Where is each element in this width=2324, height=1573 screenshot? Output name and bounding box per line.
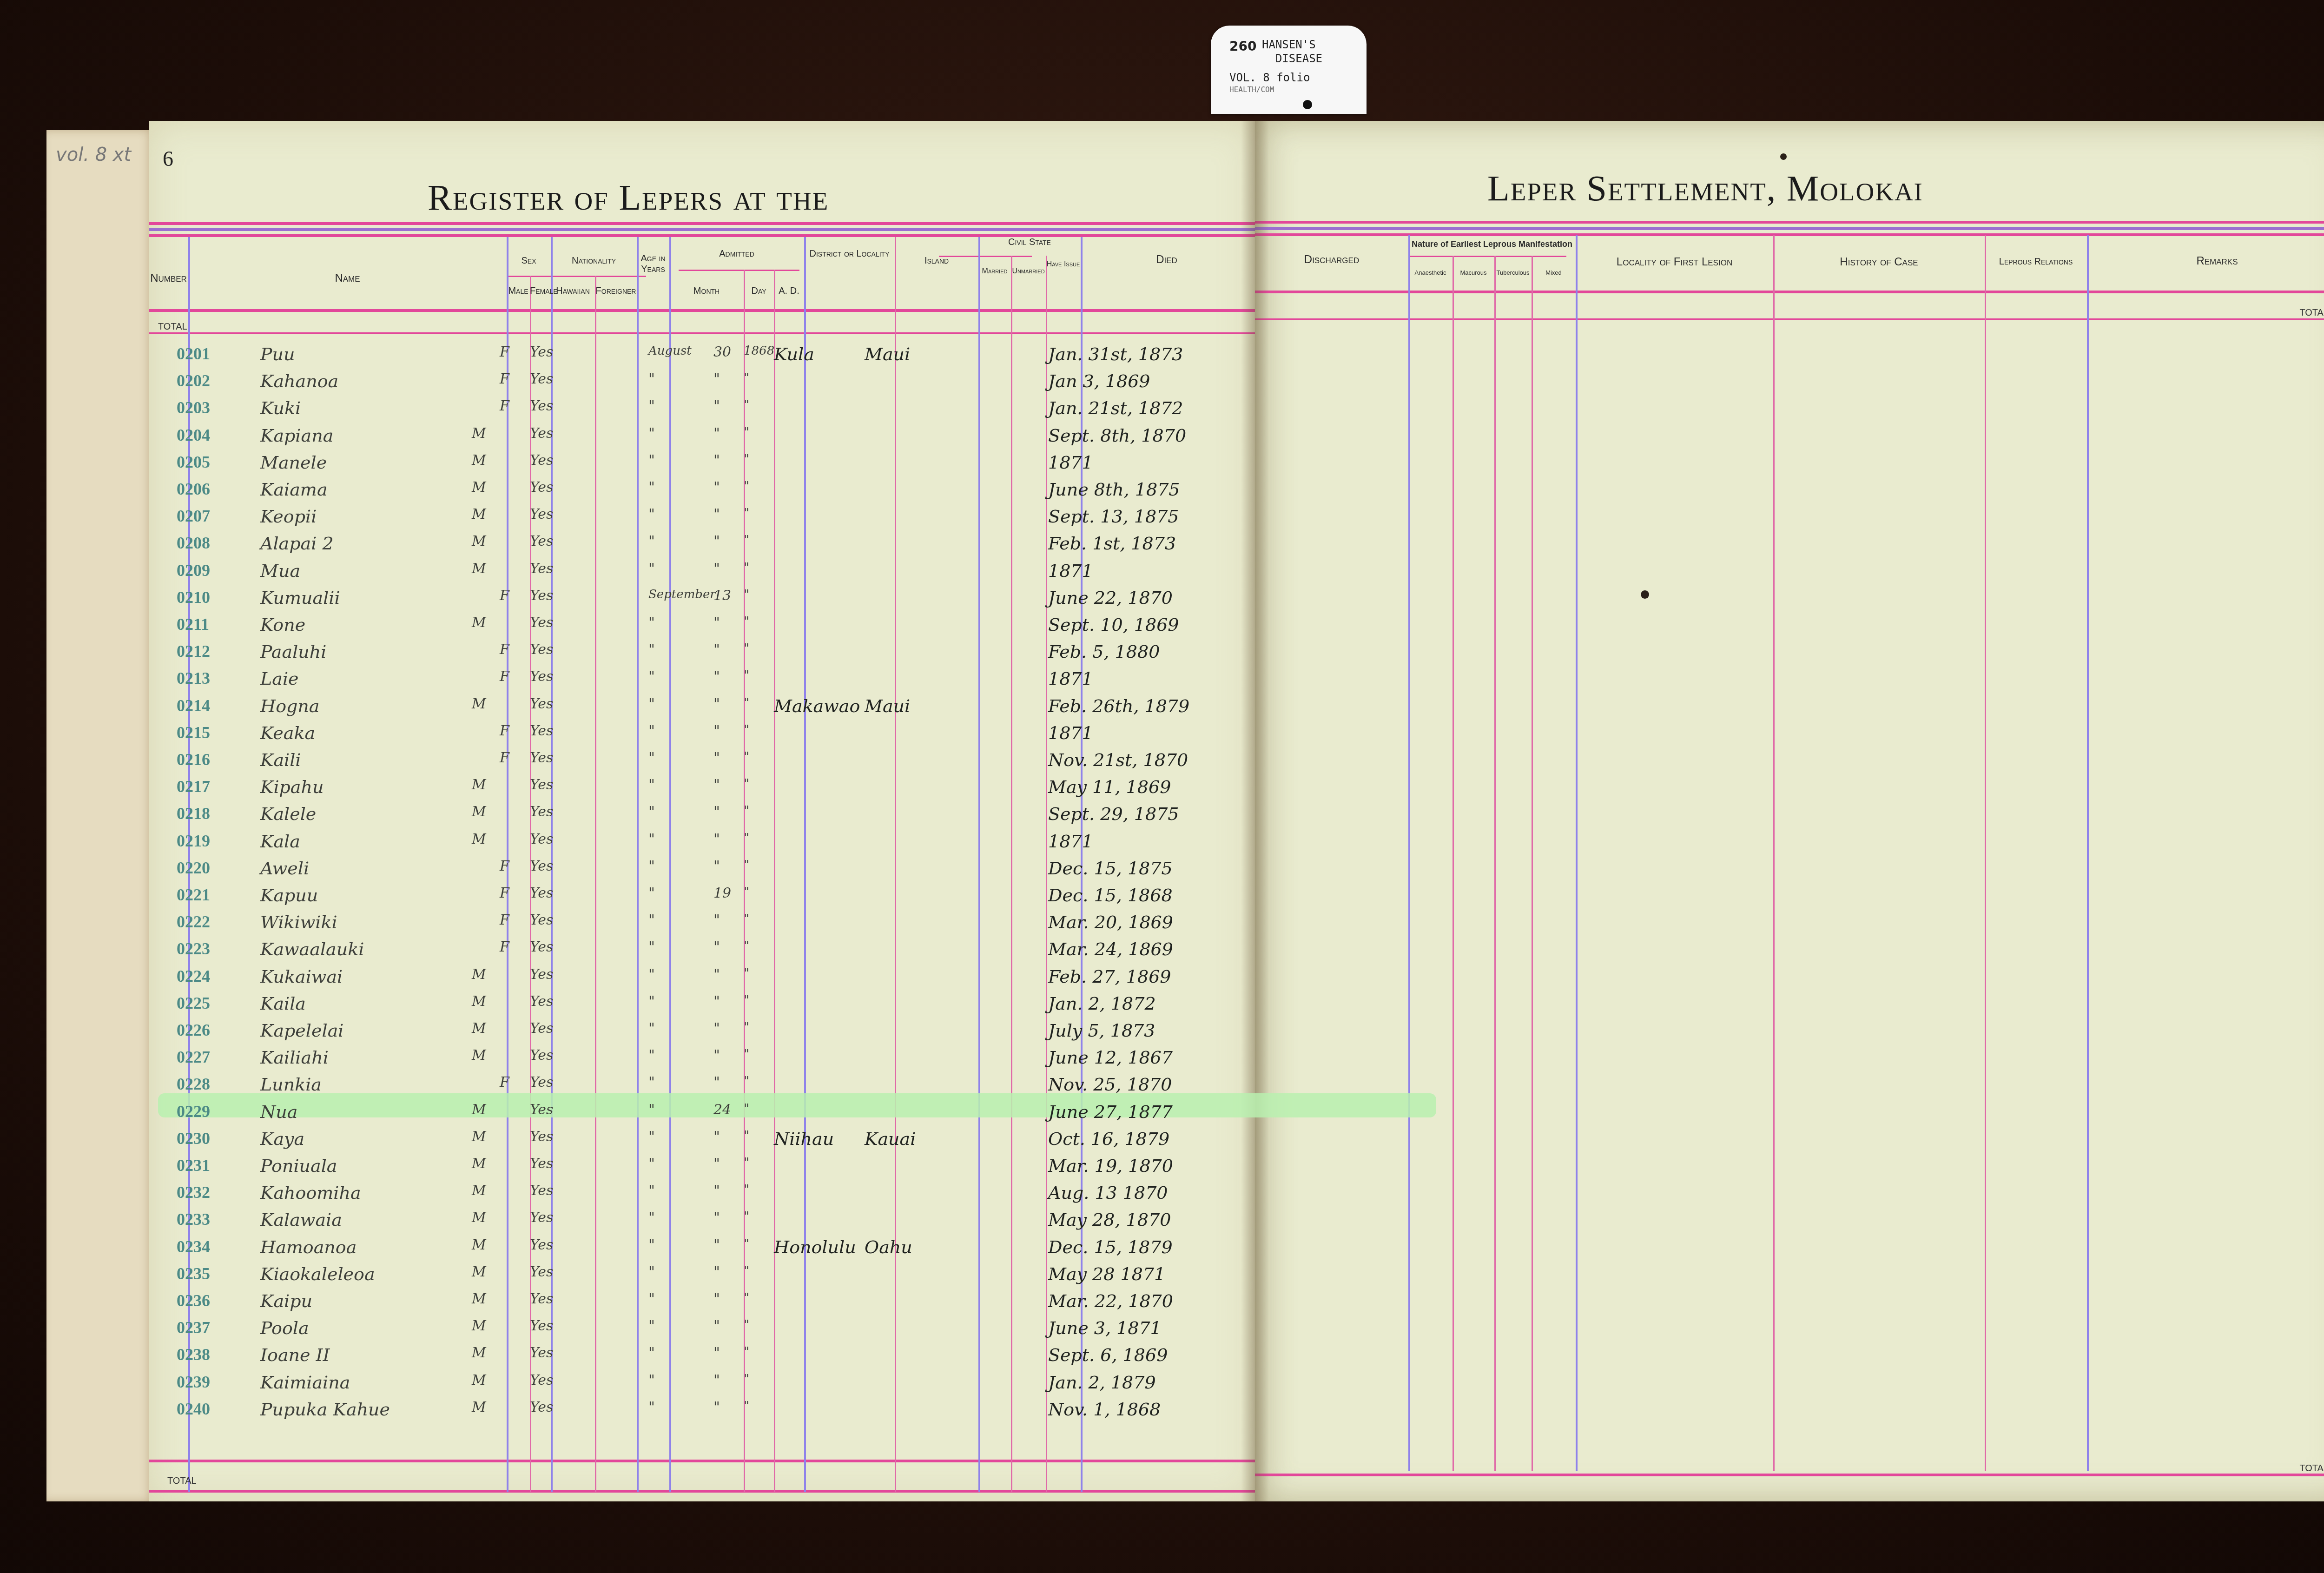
row-died: Mar. 20, 1869: [1048, 912, 1173, 932]
row-hawaiian: Yes: [530, 1264, 553, 1280]
row-sex-mark: F: [500, 912, 509, 928]
row-admitted-year: ": [744, 993, 749, 1007]
row-died: Sept. 10, 1869: [1048, 615, 1179, 635]
header-bottom-rule: [1255, 291, 2324, 293]
row-admitted-year: ": [744, 1264, 749, 1278]
row-name: Hogna: [260, 696, 319, 716]
tag-title: HANSEN'S DISEASE: [1262, 38, 1322, 66]
row-admitted-month: ": [648, 1020, 655, 1037]
row-hawaiian: Yes: [530, 615, 553, 631]
row-admitted-month: ": [648, 1372, 655, 1388]
row-admitted-month: September: [648, 588, 716, 601]
row-admitted-month: ": [648, 425, 655, 442]
bottom-rule: [1255, 1474, 2324, 1476]
header-unmarried: Unmarried: [1011, 267, 1046, 276]
header-died: Died: [1081, 253, 1253, 266]
row-hawaiian: Yes: [530, 588, 553, 604]
tag-title-line1: HANSEN'S: [1262, 38, 1316, 51]
row-admitted-month: ": [648, 912, 655, 928]
row-admitted-month: ": [648, 506, 655, 522]
row-name: Kapuu: [260, 885, 318, 905]
row-admitted-month: ": [648, 1102, 655, 1118]
row-died: Sept. 8th, 1870: [1048, 425, 1186, 446]
col-line: [1408, 235, 1410, 1471]
row-admitted-day: 13: [713, 588, 731, 604]
row-hawaiian: Yes: [530, 885, 553, 901]
header-foreigner: Foreigner: [595, 286, 637, 297]
row-died: Sept. 29, 1875: [1048, 804, 1179, 824]
row-died: June 27, 1877: [1048, 1102, 1173, 1122]
row-admitted-month: ": [648, 1209, 655, 1226]
register-book: vol. 8 xt 6 Register of Lepers at the: [46, 121, 2324, 1511]
row-admitted-month: ": [648, 398, 655, 414]
row-hawaiian: Yes: [530, 398, 553, 414]
header-hawaiian: Hawaiian: [551, 286, 595, 297]
row-name: Kaila: [260, 993, 306, 1014]
row-hawaiian: Yes: [530, 939, 553, 955]
row-admitted-month: ": [648, 1318, 655, 1334]
row-number: 0206: [177, 479, 210, 499]
row-died: June 22, 1870: [1048, 588, 1173, 608]
row-sex-mark: M: [472, 1264, 486, 1280]
row-admitted-day: 19: [713, 885, 731, 901]
row-hawaiian: Yes: [530, 452, 553, 469]
row-admitted-day: ": [713, 723, 720, 739]
admitted-subrule: [679, 270, 799, 271]
row-hawaiian: Yes: [530, 777, 553, 793]
row-admitted-year: ": [744, 1209, 749, 1223]
row-hawaiian: Yes: [530, 425, 553, 442]
row-sex-mark: F: [500, 858, 509, 874]
row-died: Feb. 26th, 1879: [1048, 696, 1189, 716]
row-admitted-month: ": [648, 831, 655, 847]
ink-spot: [1641, 590, 1649, 599]
row-sex-mark: M: [472, 1345, 486, 1361]
row-admitted-day: ": [713, 1129, 720, 1145]
row-number: 0228: [177, 1074, 210, 1094]
row-number: 0218: [177, 804, 210, 823]
top-rule-violet: [1255, 227, 2324, 230]
row-hawaiian: Yes: [530, 858, 553, 874]
row-admitted-month: ": [648, 723, 655, 739]
row-died: 1871: [1048, 452, 1093, 473]
row-number: 0226: [177, 1020, 210, 1040]
row-admitted-month: ": [648, 371, 655, 387]
total-label-bottom: TOTAL: [2299, 1463, 2324, 1474]
row-died: Dec. 15, 1879: [1048, 1237, 1173, 1257]
row-sex-mark: M: [472, 1372, 486, 1388]
row-number: 0236: [177, 1291, 210, 1310]
row-admitted-year: ": [744, 1156, 749, 1170]
row-number: 0203: [177, 398, 210, 417]
top-rule-pink-2: [1255, 233, 2324, 236]
header-discharged: Discharged: [1255, 253, 1408, 266]
row-number: 0232: [177, 1183, 210, 1202]
row-died: May 11, 1869: [1048, 777, 1171, 797]
row-sex-mark: F: [500, 398, 509, 414]
row-island: Oahu: [865, 1237, 912, 1257]
tag-title-line2: DISEASE: [1275, 52, 1322, 65]
archive-tag: 260 HANSEN'S DISEASE VOL. 8 folio HEALTH…: [1211, 26, 1367, 114]
row-sex-mark: M: [472, 1129, 486, 1145]
header-macurous: Macurous: [1452, 270, 1494, 277]
row-admitted-year: ": [744, 1345, 749, 1359]
tag-punch-hole: [1303, 100, 1312, 109]
row-hawaiian: Yes: [530, 696, 553, 712]
row-admitted-month: ": [648, 533, 655, 549]
row-admitted-day: ": [713, 506, 720, 522]
edge-pencil-label: vol. 8 xt: [56, 144, 131, 165]
row-admitted-year: ": [744, 561, 749, 575]
row-admitted-day: ": [713, 1372, 720, 1388]
row-hawaiian: Yes: [530, 1291, 553, 1307]
row-name: Kaiama: [260, 479, 328, 500]
row-admitted-month: ": [648, 1183, 655, 1199]
row-number: 0210: [177, 588, 210, 607]
row-number: 0238: [177, 1345, 210, 1364]
row-sex-mark: M: [472, 1156, 486, 1172]
header-nationality: Nationality: [551, 256, 637, 266]
row-admitted-month: ": [648, 750, 655, 766]
top-rule-pink-2: [149, 234, 1255, 237]
col-line: [1773, 235, 1775, 1471]
row-hawaiian: Yes: [530, 750, 553, 766]
row-admitted-month: ": [648, 1237, 655, 1253]
row-admitted-day: ": [713, 371, 720, 387]
row-hawaiian: Yes: [530, 344, 553, 360]
row-admitted-day: ": [713, 561, 720, 577]
row-admitted-day: ": [713, 1345, 720, 1361]
header-island: Island: [895, 256, 978, 266]
row-hawaiian: Yes: [530, 1209, 553, 1226]
row-sex-mark: M: [472, 452, 486, 469]
header-month: Month: [669, 286, 744, 297]
bottom-rule: [149, 1460, 1255, 1462]
row-admitted-year: ": [744, 939, 749, 953]
row-number: 0231: [177, 1156, 210, 1175]
header-sex: Sex: [507, 256, 551, 266]
tag-volume: VOL. 8 folio: [1229, 71, 1310, 84]
row-hawaiian: Yes: [530, 912, 553, 928]
row-admitted-year: ": [744, 723, 749, 737]
row-admitted-month: ": [648, 1129, 655, 1145]
row-died: May 28 1871: [1048, 1264, 1165, 1284]
row-hawaiian: Yes: [530, 1129, 553, 1145]
top-rule-pink: [149, 222, 1255, 225]
row-number: 0240: [177, 1399, 210, 1419]
row-name: Kailiahi: [260, 1047, 329, 1068]
row-admitted-day: ": [713, 615, 720, 631]
row-hawaiian: Yes: [530, 1345, 553, 1361]
row-sex-mark: M: [472, 479, 486, 496]
row-name: Kapelelai: [260, 1020, 343, 1041]
row-died: Jan. 21st, 1872: [1048, 398, 1183, 418]
header-name: Name: [188, 272, 507, 285]
row-admitted-day: ": [713, 1183, 720, 1199]
row-number: 0237: [177, 1318, 210, 1337]
book-gutter: [1241, 121, 1269, 1501]
total-label-top: TOTAL: [2299, 308, 2324, 318]
row-admitted-day: ": [713, 398, 720, 414]
row-name: Kalawaia: [260, 1209, 342, 1230]
row-admitted-year: ": [744, 668, 749, 682]
right-page-title: Leper Settlement, Molokai: [1487, 167, 1923, 209]
row-name: Lunkia: [260, 1074, 322, 1095]
row-admitted-month: ": [648, 452, 655, 469]
row-died: Oct. 16, 1879: [1048, 1129, 1169, 1149]
col-line: [595, 276, 596, 1492]
row-name: Keaka: [260, 723, 315, 743]
row-admitted-year: ": [744, 1372, 749, 1386]
row-admitted-day: ": [713, 912, 720, 928]
header-district: District or Locality: [804, 249, 895, 259]
row-admitted-day: ": [713, 1047, 720, 1064]
header-bottom-rule: [149, 309, 1255, 312]
row-name: Kone: [260, 615, 305, 635]
row-admitted-month: ": [648, 804, 655, 820]
col-line: [1011, 256, 1012, 1492]
row-admitted-day: ": [713, 1020, 720, 1037]
row-admitted-day: ": [713, 1156, 720, 1172]
row-admitted-year: ": [744, 588, 749, 601]
row-name: Aweli: [260, 858, 309, 879]
row-admitted-year: ": [744, 804, 749, 818]
row-sex-mark: M: [472, 1183, 486, 1199]
row-hawaiian: Yes: [530, 1318, 553, 1334]
row-admitted-year: ": [744, 398, 749, 412]
row-died: Feb. 1st, 1873: [1048, 533, 1176, 554]
col-line: [1532, 256, 1533, 1471]
row-died: Nov. 1, 1868: [1048, 1399, 1161, 1420]
row-sex-mark: F: [500, 939, 509, 955]
header-female: Female: [530, 286, 551, 297]
row-name: Kaili: [260, 750, 301, 770]
row-died: June 3, 1871: [1048, 1318, 1162, 1338]
row-sex-mark: M: [472, 1237, 486, 1253]
row-hawaiian: Yes: [530, 1372, 553, 1388]
right-page: 6 Leper Settlement, Molokai Discharged N…: [1255, 121, 2324, 1501]
row-sex-mark: F: [500, 371, 509, 387]
row-admitted-month: August: [648, 344, 692, 358]
col-line: [1046, 256, 1047, 1492]
row-hawaiian: Yes: [530, 506, 553, 522]
row-admitted-day: ": [713, 696, 720, 712]
row-sex-mark: M: [472, 1399, 486, 1415]
row-admitted-day: ": [713, 1399, 720, 1415]
row-island: Kauai: [865, 1129, 916, 1149]
row-admitted-day: ": [713, 777, 720, 793]
row-sex-mark: M: [472, 1020, 486, 1037]
row-admitted-month: ": [648, 696, 655, 712]
row-admitted-day: ": [713, 1237, 720, 1253]
row-sex-mark: F: [500, 750, 509, 766]
row-admitted-year: 1868: [744, 344, 774, 358]
total-rule: [149, 332, 1255, 334]
row-admitted-year: ": [744, 1291, 749, 1305]
row-sex-mark: M: [472, 615, 486, 631]
row-number: 0216: [177, 750, 210, 769]
row-admitted-day: ": [713, 750, 720, 766]
row-number: 0223: [177, 939, 210, 958]
row-admitted-year: ": [744, 479, 749, 493]
row-number: 0235: [177, 1264, 210, 1283]
header-nature: Nature of Earliest Leprous Manifestation: [1408, 239, 1576, 249]
row-died: Dec. 15, 1875: [1048, 858, 1173, 879]
row-admitted-year: ": [744, 966, 749, 980]
row-died: 1871: [1048, 831, 1093, 852]
row-admitted-day: 24: [713, 1102, 731, 1118]
row-name: Kipahu: [260, 777, 324, 797]
row-admitted-year: ": [744, 696, 749, 710]
col-line: [1494, 256, 1496, 1471]
row-island: Maui: [865, 344, 910, 364]
ink-spot: [1780, 153, 1787, 160]
row-sex-mark: M: [472, 804, 486, 820]
row-admitted-month: ": [648, 993, 655, 1010]
header-day: Day: [744, 286, 774, 297]
header-number: Number: [149, 272, 188, 285]
header-admitted: Admitted: [669, 249, 804, 259]
row-district: Kula: [774, 344, 814, 364]
row-admitted-year: ": [744, 371, 749, 385]
row-admitted-day: ": [713, 966, 720, 983]
header-have-issue: Have Issue: [1046, 260, 1081, 269]
row-admitted-year: ": [744, 1047, 749, 1061]
row-name: Kiaokaleleoa: [260, 1264, 375, 1284]
row-admitted-year: ": [744, 750, 749, 764]
row-number: 0214: [177, 696, 210, 715]
row-admitted-year: ": [744, 452, 749, 466]
row-number: 0211: [177, 615, 209, 634]
row-died: June 12, 1867: [1048, 1047, 1173, 1068]
row-number: 0204: [177, 425, 210, 445]
row-died: 1871: [1048, 561, 1093, 581]
row-number: 0222: [177, 912, 210, 932]
row-hawaiian: Yes: [530, 804, 553, 820]
row-sex-mark: M: [472, 831, 486, 847]
row-died: Jan 3, 1869: [1048, 371, 1150, 391]
row-number: 0202: [177, 371, 210, 390]
row-number: 0212: [177, 641, 210, 661]
header-ad: A. D.: [774, 286, 804, 297]
row-admitted-day: ": [713, 479, 720, 496]
row-died: Jan. 2, 1879: [1048, 1372, 1156, 1393]
row-admitted-month: ": [648, 858, 655, 874]
header-married: Married: [978, 267, 1011, 276]
row-admitted-month: ": [648, 939, 655, 955]
row-hawaiian: Yes: [530, 1074, 553, 1091]
row-hawaiian: Yes: [530, 479, 553, 496]
row-sex-mark: M: [472, 696, 486, 712]
row-hawaiian: Yes: [530, 831, 553, 847]
row-number: 0233: [177, 1209, 210, 1229]
row-number: 0224: [177, 966, 210, 986]
col-line: [895, 237, 896, 1492]
row-name: Hamoanoa: [260, 1237, 357, 1257]
row-admitted-month: ": [648, 1047, 655, 1064]
row-hawaiian: Yes: [530, 993, 553, 1010]
row-name: Manele: [260, 452, 327, 473]
row-admitted-year: ": [744, 1237, 749, 1251]
row-sex-mark: F: [500, 588, 509, 604]
bottom-rule-2: [149, 1490, 1255, 1493]
col-line: [978, 237, 980, 1492]
row-hawaiian: Yes: [530, 1399, 553, 1415]
row-sex-mark: M: [472, 1291, 486, 1307]
row-number: 0229: [177, 1102, 210, 1121]
row-number: 0217: [177, 777, 210, 796]
row-hawaiian: Yes: [530, 371, 553, 387]
row-name: Kuki: [260, 398, 301, 418]
col-line: [804, 237, 806, 1492]
row-number: 0201: [177, 344, 210, 364]
row-admitted-day: ": [713, 1074, 720, 1091]
row-admitted-year: ": [744, 777, 749, 791]
row-admitted-day: ": [713, 1318, 720, 1334]
row-sex-mark: M: [472, 966, 486, 983]
row-died: Feb. 5, 1880: [1048, 641, 1160, 662]
row-number: 0221: [177, 885, 210, 905]
row-name: Poniuala: [260, 1156, 337, 1176]
row-hawaiian: Yes: [530, 1047, 553, 1064]
row-admitted-day: ": [713, 1291, 720, 1307]
row-admitted-day: ": [713, 939, 720, 955]
row-admitted-year: ": [744, 506, 749, 520]
row-died: Mar. 22, 1870: [1048, 1291, 1173, 1311]
col-line: [2087, 235, 2089, 1471]
row-admitted-day: ": [713, 831, 720, 847]
row-name: Kaimiaina: [260, 1372, 350, 1393]
row-died: Aug. 13 1870: [1048, 1183, 1168, 1203]
row-district: Makawao: [774, 696, 860, 716]
tag-series: HEALTH/COM: [1229, 85, 1274, 94]
row-admitted-month: ": [648, 1074, 655, 1091]
row-admitted-day: ": [713, 804, 720, 820]
row-sex-mark: M: [472, 1047, 486, 1064]
row-died: Jan. 31st, 1873: [1048, 344, 1183, 364]
row-admitted-month: ": [648, 615, 655, 631]
row-hawaiian: Yes: [530, 1102, 553, 1118]
row-name: Keopii: [260, 506, 317, 527]
row-admitted-month: ": [648, 1264, 655, 1280]
row-sex-mark: F: [500, 641, 509, 658]
row-number: 0209: [177, 561, 210, 580]
row-admitted-day: ": [713, 668, 720, 685]
row-name: Paaluhi: [260, 641, 326, 662]
row-district: Honolulu: [774, 1237, 856, 1257]
row-sex-mark: F: [500, 344, 509, 360]
total-label-bottom: TOTAL: [167, 1476, 197, 1487]
row-number: 0219: [177, 831, 210, 851]
row-admitted-day: ": [713, 1264, 720, 1280]
row-died: Jan. 2, 1872: [1048, 993, 1156, 1014]
row-number: 0215: [177, 723, 210, 742]
row-sex-mark: M: [472, 1102, 486, 1118]
row-district: Niihau: [774, 1129, 834, 1149]
row-sex-mark: M: [472, 1209, 486, 1226]
top-rule-pink: [1255, 221, 2324, 224]
header-tuberculous: Tuberculous: [1494, 270, 1532, 277]
row-sex-mark: M: [472, 425, 486, 442]
row-sex-mark: M: [472, 993, 486, 1010]
row-admitted-year: ": [744, 1074, 749, 1088]
row-sex-mark: M: [472, 561, 486, 577]
row-island: Maui: [865, 696, 910, 716]
row-name: Pupuka Kahue: [260, 1399, 390, 1420]
row-admitted-year: ": [744, 831, 749, 845]
row-sex-mark: F: [500, 885, 509, 901]
row-died: Mar. 19, 1870: [1048, 1156, 1173, 1176]
